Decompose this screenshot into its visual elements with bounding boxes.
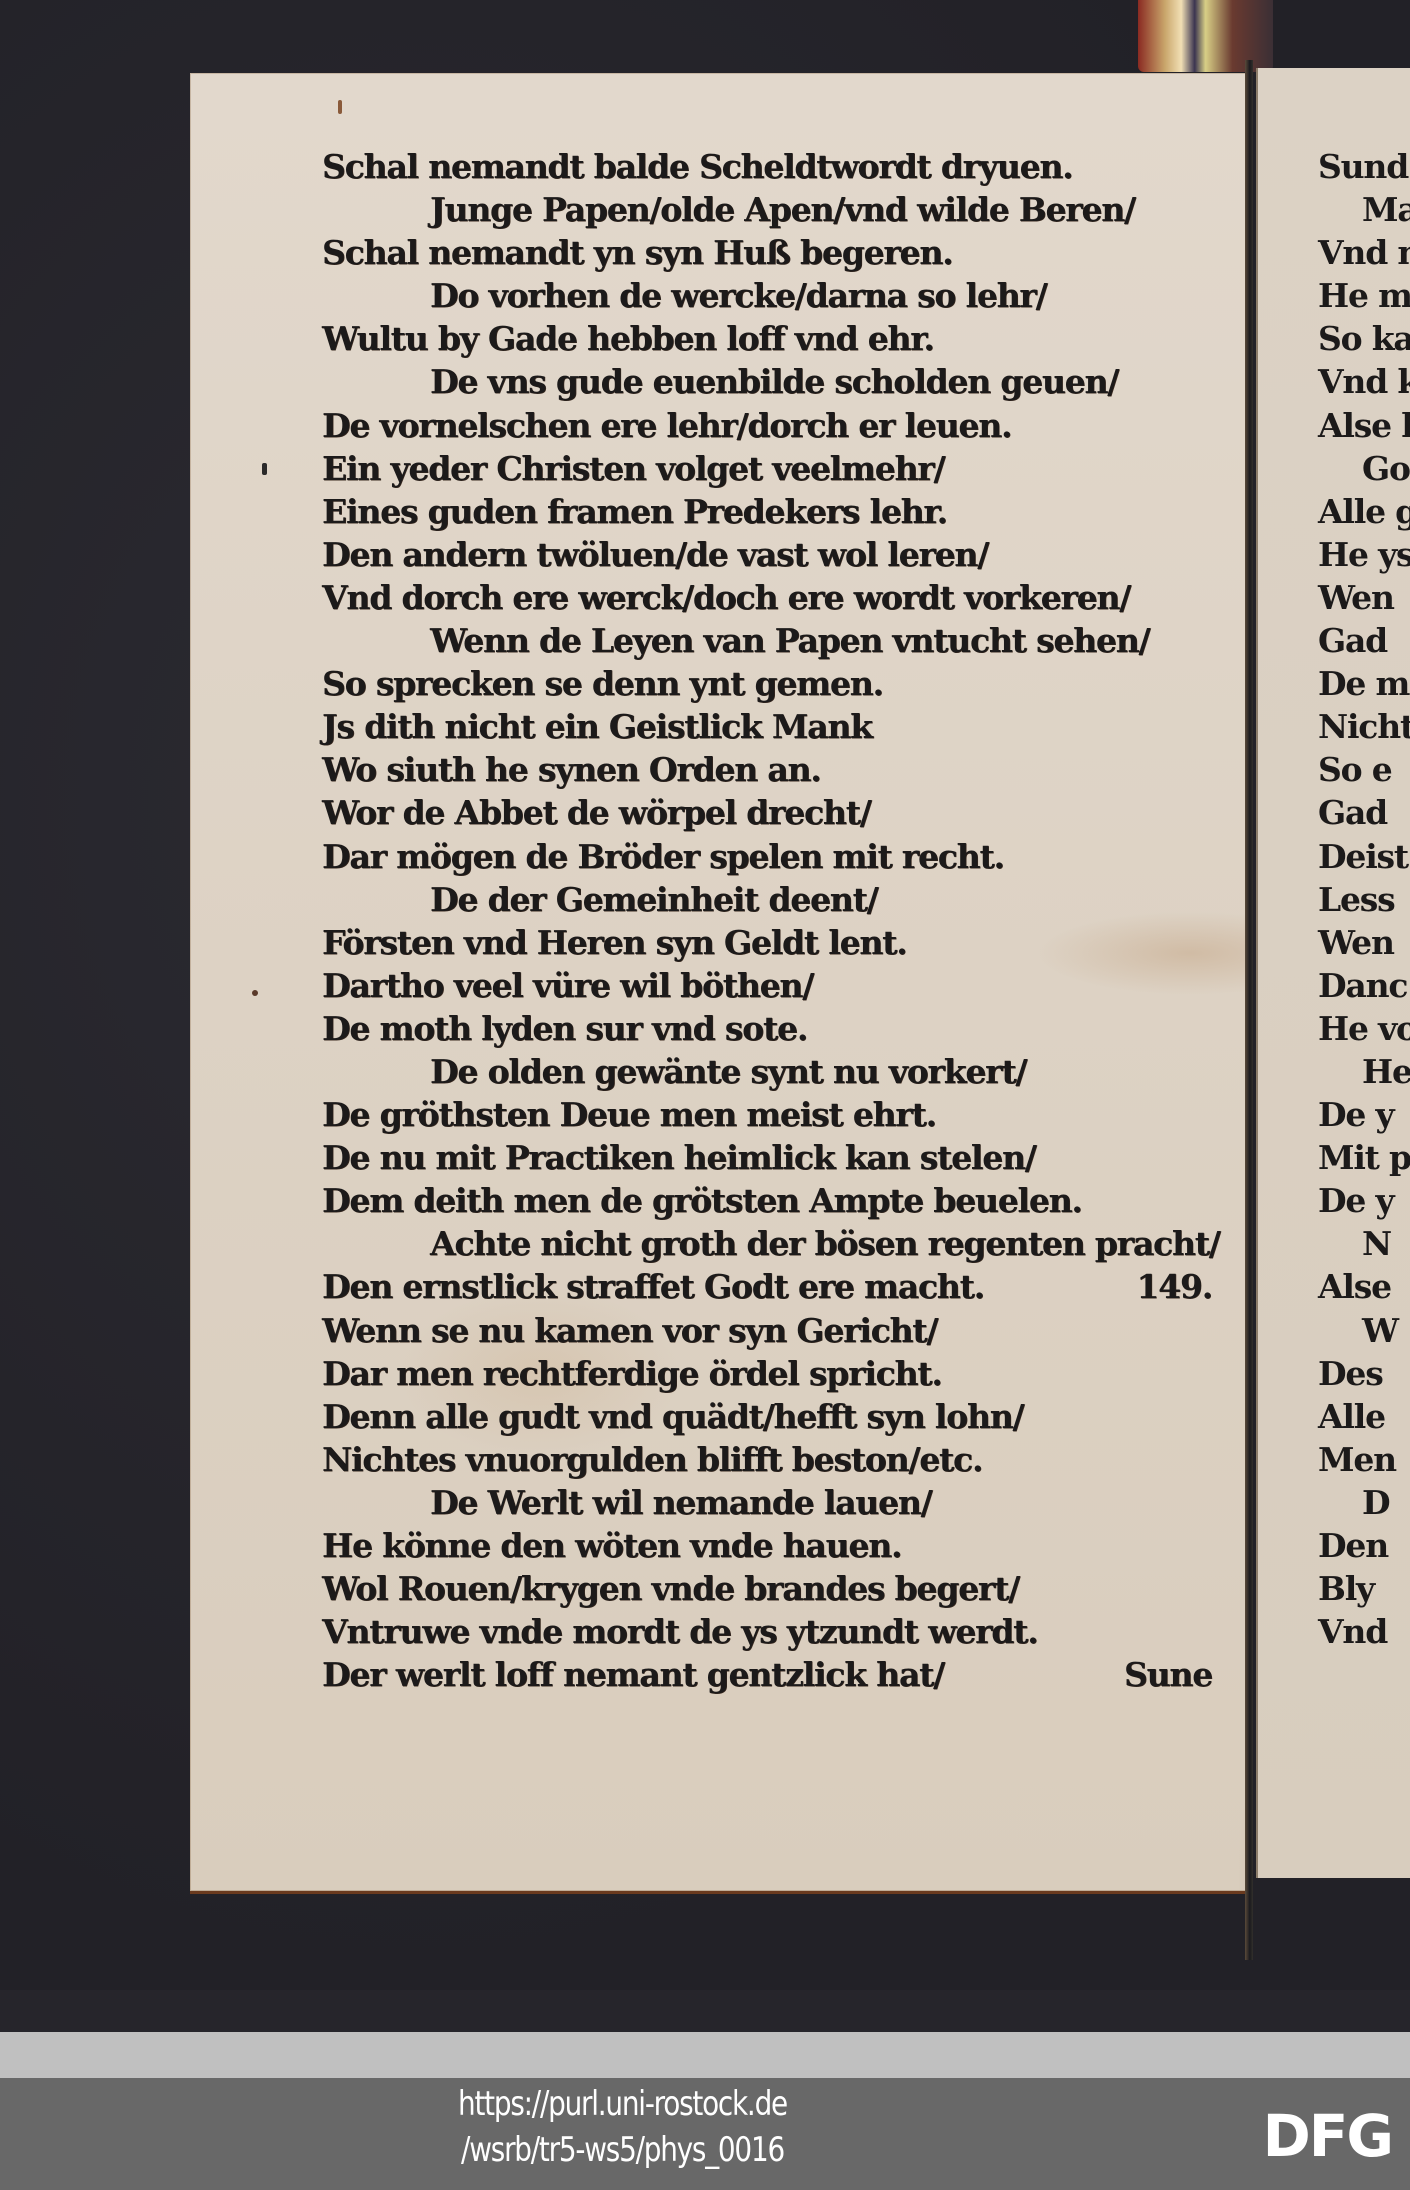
text-line-content: Junge Papen/olde Apen/vnd wilde Beren/	[430, 190, 1135, 229]
text-line-fragment: Wen	[1318, 576, 1410, 619]
text-line: De gröthsten Deue men meist ehrt.	[322, 1093, 1242, 1136]
text-line-fragment: So ka	[1318, 317, 1410, 360]
text-line: De nu mit Practiken heimlick kan stelen/	[322, 1136, 1242, 1179]
text-line-content: De gröthsten Deue men meist ehrt.	[322, 1095, 936, 1134]
text-line-fragment: Vnd k	[1318, 360, 1410, 403]
text-line-content: De vns gude euenbilde scholden geuen/	[430, 362, 1118, 401]
text-line: De der Gemeinheit deent/	[322, 878, 1242, 921]
text-line: Wo siuth he synen Orden an.	[322, 748, 1242, 791]
text-line: Vnd dorch ere werck/doch ere wordt vorke…	[322, 576, 1242, 619]
margin-mark	[338, 100, 342, 114]
text-line-fragment: He vo	[1318, 1007, 1410, 1050]
text-line: De vns gude euenbilde scholden geuen/	[322, 360, 1242, 403]
left-page-text: Schal nemandt balde Scheldtwordt dryuen.…	[322, 145, 1242, 1696]
permalink-url-line-2[interactable]: /wsrb/tr5-ws5/phys_0016	[112, 2130, 1133, 2170]
text-line: So sprecken se denn ynt gemen.	[322, 662, 1242, 705]
text-line-fragment: Alle g	[1318, 490, 1410, 533]
text-line: Wenn se nu kamen vor syn Gericht/	[322, 1309, 1242, 1352]
text-line: Försten vnd Heren syn Geldt lent.	[322, 921, 1242, 964]
text-line: Vntruwe vnde mordt de ys ytzundt werdt.	[322, 1610, 1242, 1653]
text-line-content: De nu mit Practiken heimlick kan stelen/	[322, 1138, 1036, 1177]
text-line: Wol Rouen/krygen vnde brandes begert/	[322, 1567, 1242, 1610]
text-line-content: So sprecken se denn ynt gemen.	[322, 664, 883, 703]
text-line-content: Do vorhen de wercke/darna so lehr/	[430, 276, 1046, 315]
text-line-fragment: Men	[1318, 1438, 1410, 1481]
margin-mark	[262, 463, 267, 475]
text-line-fragment: W	[1318, 1309, 1410, 1352]
text-line-content: Vnd dorch ere werck/doch ere wordt vorke…	[322, 578, 1130, 617]
text-line-content: De Werlt wil nemande lauen/	[430, 1483, 931, 1522]
text-line-fragment: He	[1318, 1050, 1410, 1093]
text-line-fragment: Sund	[1318, 145, 1410, 188]
text-line-fragment: De y	[1318, 1179, 1410, 1222]
text-line-content: De vornelschen ere lehr/dorch er leuen.	[322, 406, 1011, 445]
text-line-content: Dar men rechtferdige ördel spricht.	[322, 1354, 942, 1393]
text-line-fragment: Alle	[1318, 1395, 1410, 1438]
text-line: Js dith nicht ein Geistlick Mank	[322, 705, 1242, 748]
text-line-fragment: De m	[1318, 662, 1410, 705]
text-line-content: De moth lyden sur vnd sote.	[322, 1009, 807, 1048]
text-line-content: Nichtes vnuorgulden blifft beston/etc.	[322, 1440, 982, 1479]
text-line-content: Denn alle gudt vnd quädt/hefft syn lohn/	[322, 1397, 1023, 1436]
text-line-fragment: Gad	[1318, 791, 1410, 834]
text-line-content: Vntruwe vnde mordt de ys ytzundt werdt.	[322, 1612, 1038, 1651]
text-line: Junge Papen/olde Apen/vnd wilde Beren/	[322, 188, 1242, 231]
text-line: Den ernstlick straffet Godt ere macht.14…	[322, 1265, 1242, 1308]
text-line-fragment: Wen	[1318, 921, 1410, 964]
text-line: Wenn de Leyen van Papen vntucht sehen/	[322, 619, 1242, 662]
text-line-fragment: He me	[1318, 274, 1410, 317]
text-line: De moth lyden sur vnd sote.	[322, 1007, 1242, 1050]
text-line: Dem deith men de grötsten Ampte beuelen.	[322, 1179, 1242, 1222]
text-line-fragment: Mit p	[1318, 1136, 1410, 1179]
text-line: Den andern twöluen/de vast wol leren/	[322, 533, 1242, 576]
text-line-content: Den ernstlick straffet Godt ere macht.	[322, 1267, 984, 1306]
text-line: He könne den wöten vnde hauen.	[322, 1524, 1242, 1567]
text-line-content: Achte nicht groth der bösen regenten pra…	[430, 1224, 1220, 1263]
text-line: De vornelschen ere lehr/dorch er leuen.	[322, 404, 1242, 447]
text-line: Wor de Abbet de wörpel drecht/	[322, 791, 1242, 834]
text-line-fragment: Alse	[1318, 1265, 1410, 1308]
text-line-content: Wenn se nu kamen vor syn Gericht/	[322, 1311, 937, 1350]
text-line: Do vorhen de wercke/darna so lehr/	[322, 274, 1242, 317]
text-line-fragment: Less	[1318, 878, 1410, 921]
text-line: De olden gewänte synt nu vorkert/	[322, 1050, 1242, 1093]
text-line-fragment: Bly	[1318, 1567, 1410, 1610]
folio-number: 149.	[1136, 1265, 1212, 1308]
text-line-content: Den andern twöluen/de vast wol leren/	[322, 535, 988, 574]
text-line-fragment: Alse h	[1318, 404, 1410, 447]
text-line-content: Der werlt loff nemant gentzlick hat/	[322, 1655, 944, 1694]
footer-bar: https://purl.uni-rostock.de /wsrb/tr5-ws…	[0, 2078, 1410, 2190]
text-line-content: De der Gemeinheit deent/	[430, 880, 877, 919]
margin-mark	[252, 990, 258, 996]
text-line: De Werlt wil nemande lauen/	[322, 1481, 1242, 1524]
text-line-content: Dem deith men de grötsten Ampte beuelen.	[322, 1181, 1082, 1220]
text-line: Schal nemandt yn syn Huß begeren.	[322, 231, 1242, 274]
text-line: Dar mögen de Bröder spelen mit recht.	[322, 835, 1242, 878]
text-line-fragment: Go	[1318, 447, 1410, 490]
footer-separator	[0, 2032, 1410, 2078]
text-line: Achte nicht groth der bösen regenten pra…	[322, 1222, 1242, 1265]
text-line: Der werlt loff nemant gentzlick hat/Sune	[322, 1653, 1242, 1696]
right-page: SundMaVnd mHe meSo kaVnd kAlse hGoAlle g…	[1256, 68, 1410, 1878]
text-line-content: De olden gewänte synt nu vorkert/	[430, 1052, 1026, 1091]
text-line-fragment: Deist	[1318, 835, 1410, 878]
text-line-content: Wor de Abbet de wörpel drecht/	[322, 793, 871, 832]
text-line-fragment: N	[1318, 1222, 1410, 1265]
dfg-logo: DFG	[1263, 2111, 1392, 2161]
text-line: Wultu by Gade hebben loff vnd ehr.	[322, 317, 1242, 360]
text-line: Dar men rechtferdige ördel spricht.	[322, 1352, 1242, 1395]
text-line-fragment: Nicht	[1318, 705, 1410, 748]
text-line-fragment: D	[1318, 1481, 1410, 1524]
text-line: Ein yeder Christen volget veelmehr/	[322, 447, 1242, 490]
text-line-content: He könne den wöten vnde hauen.	[322, 1526, 901, 1565]
text-line-content: Schal nemandt balde Scheldtwordt dryuen.	[322, 147, 1072, 186]
text-line-fragment: Vnd	[1318, 1610, 1410, 1653]
text-line-fragment: Danc	[1318, 964, 1410, 1007]
text-line: Nichtes vnuorgulden blifft beston/etc.	[322, 1438, 1242, 1481]
text-line: Dartho veel vüre wil böthen/	[322, 964, 1242, 1007]
text-line-content: Wultu by Gade hebben loff vnd ehr.	[322, 319, 934, 358]
text-line-content: Js dith nicht ein Geistlick Mank	[322, 707, 872, 746]
text-line-fragment: He ys	[1318, 533, 1410, 576]
text-line-fragment: Ma	[1318, 188, 1410, 231]
text-line-fragment: Des	[1318, 1352, 1410, 1395]
text-line-content: Wenn de Leyen van Papen vntucht sehen/	[430, 621, 1149, 660]
text-line-fragment: Den	[1318, 1524, 1410, 1567]
book-spine	[1245, 60, 1253, 1960]
catchword: Sune	[1124, 1653, 1212, 1696]
text-line-content: Wol Rouen/krygen vnde brandes begert/	[322, 1569, 1019, 1608]
text-line-content: Eines guden framen Predekers lehr.	[322, 492, 947, 531]
text-line: Eines guden framen Predekers lehr.	[322, 490, 1242, 533]
text-line-fragment: Gad	[1318, 619, 1410, 662]
text-line: Schal nemandt balde Scheldtwordt dryuen.	[322, 145, 1242, 188]
text-line-content: Dartho veel vüre wil böthen/	[322, 966, 813, 1005]
text-line-content: Dar mögen de Bröder spelen mit recht.	[322, 837, 1004, 876]
text-line: Denn alle gudt vnd quädt/hefft syn lohn/	[322, 1395, 1242, 1438]
text-line-content: Försten vnd Heren syn Geldt lent.	[322, 923, 907, 962]
right-page-text: SundMaVnd mHe meSo kaVnd kAlse hGoAlle g…	[1318, 145, 1410, 1653]
text-line-content: Ein yeder Christen volget veelmehr/	[322, 449, 944, 488]
text-line-fragment: Vnd m	[1318, 231, 1410, 274]
permalink-url-line-1[interactable]: https://purl.uni-rostock.de	[112, 2084, 1133, 2124]
text-line-content: Wo siuth he synen Orden an.	[322, 750, 821, 789]
text-line-fragment: So e	[1318, 748, 1410, 791]
text-line-fragment: De y	[1318, 1093, 1410, 1136]
text-line-content: Schal nemandt yn syn Huß begeren.	[322, 233, 952, 272]
